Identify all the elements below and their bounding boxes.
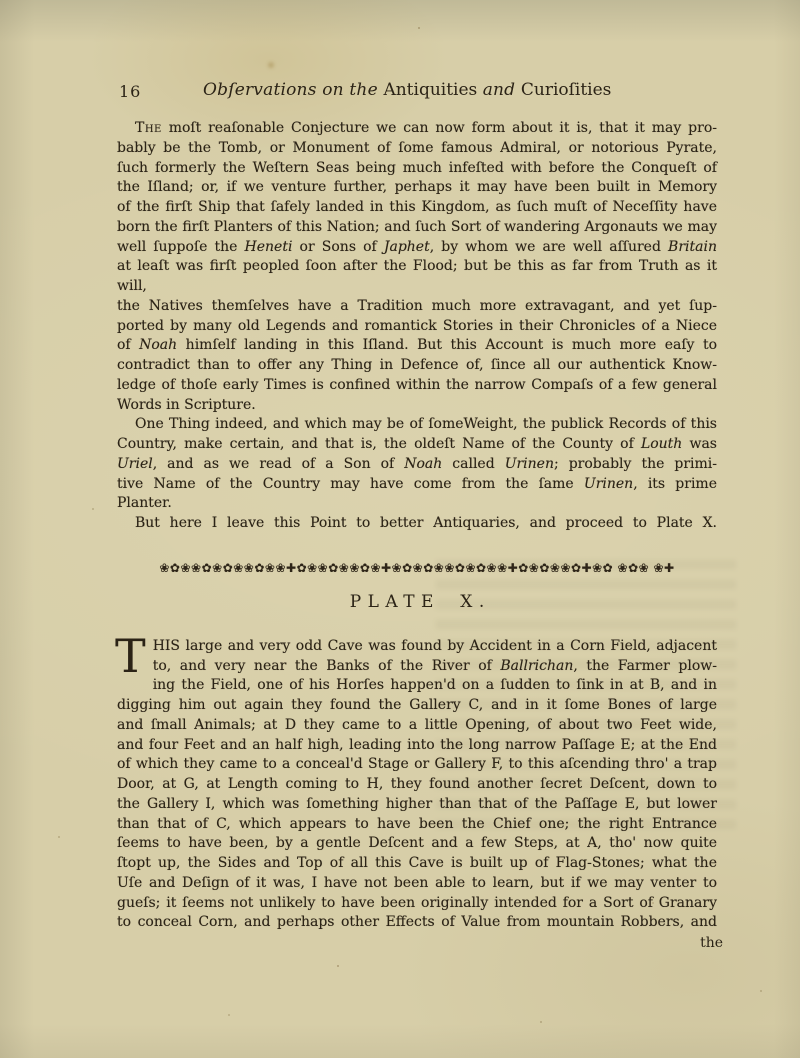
text-line: Planter. — [117, 494, 717, 514]
text-line: well ſuppoſe the Heneti or Sons of Japhe… — [117, 238, 717, 258]
text-line: born the firſt Planters of this Nation; … — [117, 218, 717, 238]
text-line: ported by many old Legends and romantick… — [117, 317, 717, 337]
text-line: and ſmall Animals; at D they came to a l… — [117, 716, 717, 736]
text-line: Country, make certain, and that is, the … — [117, 435, 717, 455]
page-number: 16 — [119, 82, 141, 101]
text-line: ſeems to have been, by a gentle Deſcent … — [117, 834, 717, 854]
text-line: at leaſt was firſt peopled ſoon after th… — [117, 257, 717, 297]
text-line: But here I leave this Point to better An… — [117, 514, 717, 534]
printers-flowers-divider: ❀✿❀❀✿❀✿❀❀✿❀❀✚✿❀❀✿❀❀✿❀✚❀✿❀✿❀❀✿❀✿❀❀✚✿❀✿❀❀✿… — [117, 559, 717, 577]
text-line: the Iſland; or, if we venture further, p… — [117, 178, 717, 198]
plate-heading: PLATE X. — [117, 592, 717, 612]
text-line: Uriel, and as we read of a Son of Noah c… — [117, 455, 717, 475]
text-line: bably be the Tomb, or Monument of ſome f… — [117, 139, 717, 159]
text-line: contradict than to offer any Thing in De… — [117, 356, 717, 376]
text-line: the Natives themſelves have a Tradition … — [117, 297, 717, 317]
paragraph: One Thing indeed, and which may be of ſo… — [117, 415, 717, 514]
text-line: than that of C, which appears to have be… — [117, 815, 717, 835]
text-line: digging him out again they found the Gal… — [117, 696, 717, 716]
text-line: of the firſt Ship that ſafely landed in … — [117, 198, 717, 218]
text-line: of which they came to a conceal'd Stage … — [117, 755, 717, 775]
text-line: HIS large and very odd Cave was found by… — [117, 637, 717, 657]
paragraph: But here I leave this Point to better An… — [117, 514, 717, 534]
text-line: ing the Field, one of his Horſes happen'… — [117, 676, 717, 696]
text-line: to conceal Corn, and perhaps other Effec… — [117, 913, 717, 933]
text-line: Uſe and Deſign of it was, I have not bee… — [117, 874, 717, 894]
text-line: the Gallery I, which was ſomething highe… — [117, 795, 717, 815]
text-line: The moſt reaſonable Conjecture we can no… — [117, 119, 717, 139]
page-header: 16 Obſervations on the Antiquities and C… — [117, 80, 717, 104]
text-line: ſtopt up, the Sides and Top of all this … — [117, 854, 717, 874]
text-line: tive Name of the Country may have come f… — [117, 475, 717, 495]
text-block: The moſt reaſonable Conjecture we can no… — [117, 119, 717, 953]
text-line: to, and very near the Banks of the River… — [117, 657, 717, 677]
text-line: ſuch formerly the Weſtern Seas being muc… — [117, 159, 717, 179]
text-line: One Thing indeed, and which may be of ſo… — [117, 415, 717, 435]
running-title: Obſervations on the Antiquities and Curi… — [203, 80, 611, 100]
body-paragraphs: The moſt reaſonable Conjecture we can no… — [117, 119, 717, 534]
plate-paragraphs: THIS large and very odd Cave was found b… — [117, 637, 717, 933]
text-line: of Noah himſelf landing in this Iſland. … — [117, 336, 717, 356]
text-line: and four Feet and an half high, leading … — [117, 736, 717, 756]
text-line: Words in Scripture. — [117, 396, 717, 416]
text-line: ledge of thoſe early Times is confined w… — [117, 376, 717, 396]
paragraph: The moſt reaſonable Conjecture we can no… — [117, 119, 717, 415]
book-page-scan: 16 Obſervations on the Antiquities and C… — [0, 0, 800, 1058]
drop-cap-initial: T — [115, 638, 146, 677]
text-line: Door, at G, at Length coming to H, they … — [117, 775, 717, 795]
text-line: gueſs; it ſeems not unlikely to have bee… — [117, 894, 717, 914]
catchword: the — [117, 933, 723, 953]
paragraph: THIS large and very odd Cave was found b… — [117, 637, 717, 933]
paper-texture-specks — [0, 0, 2, 2]
